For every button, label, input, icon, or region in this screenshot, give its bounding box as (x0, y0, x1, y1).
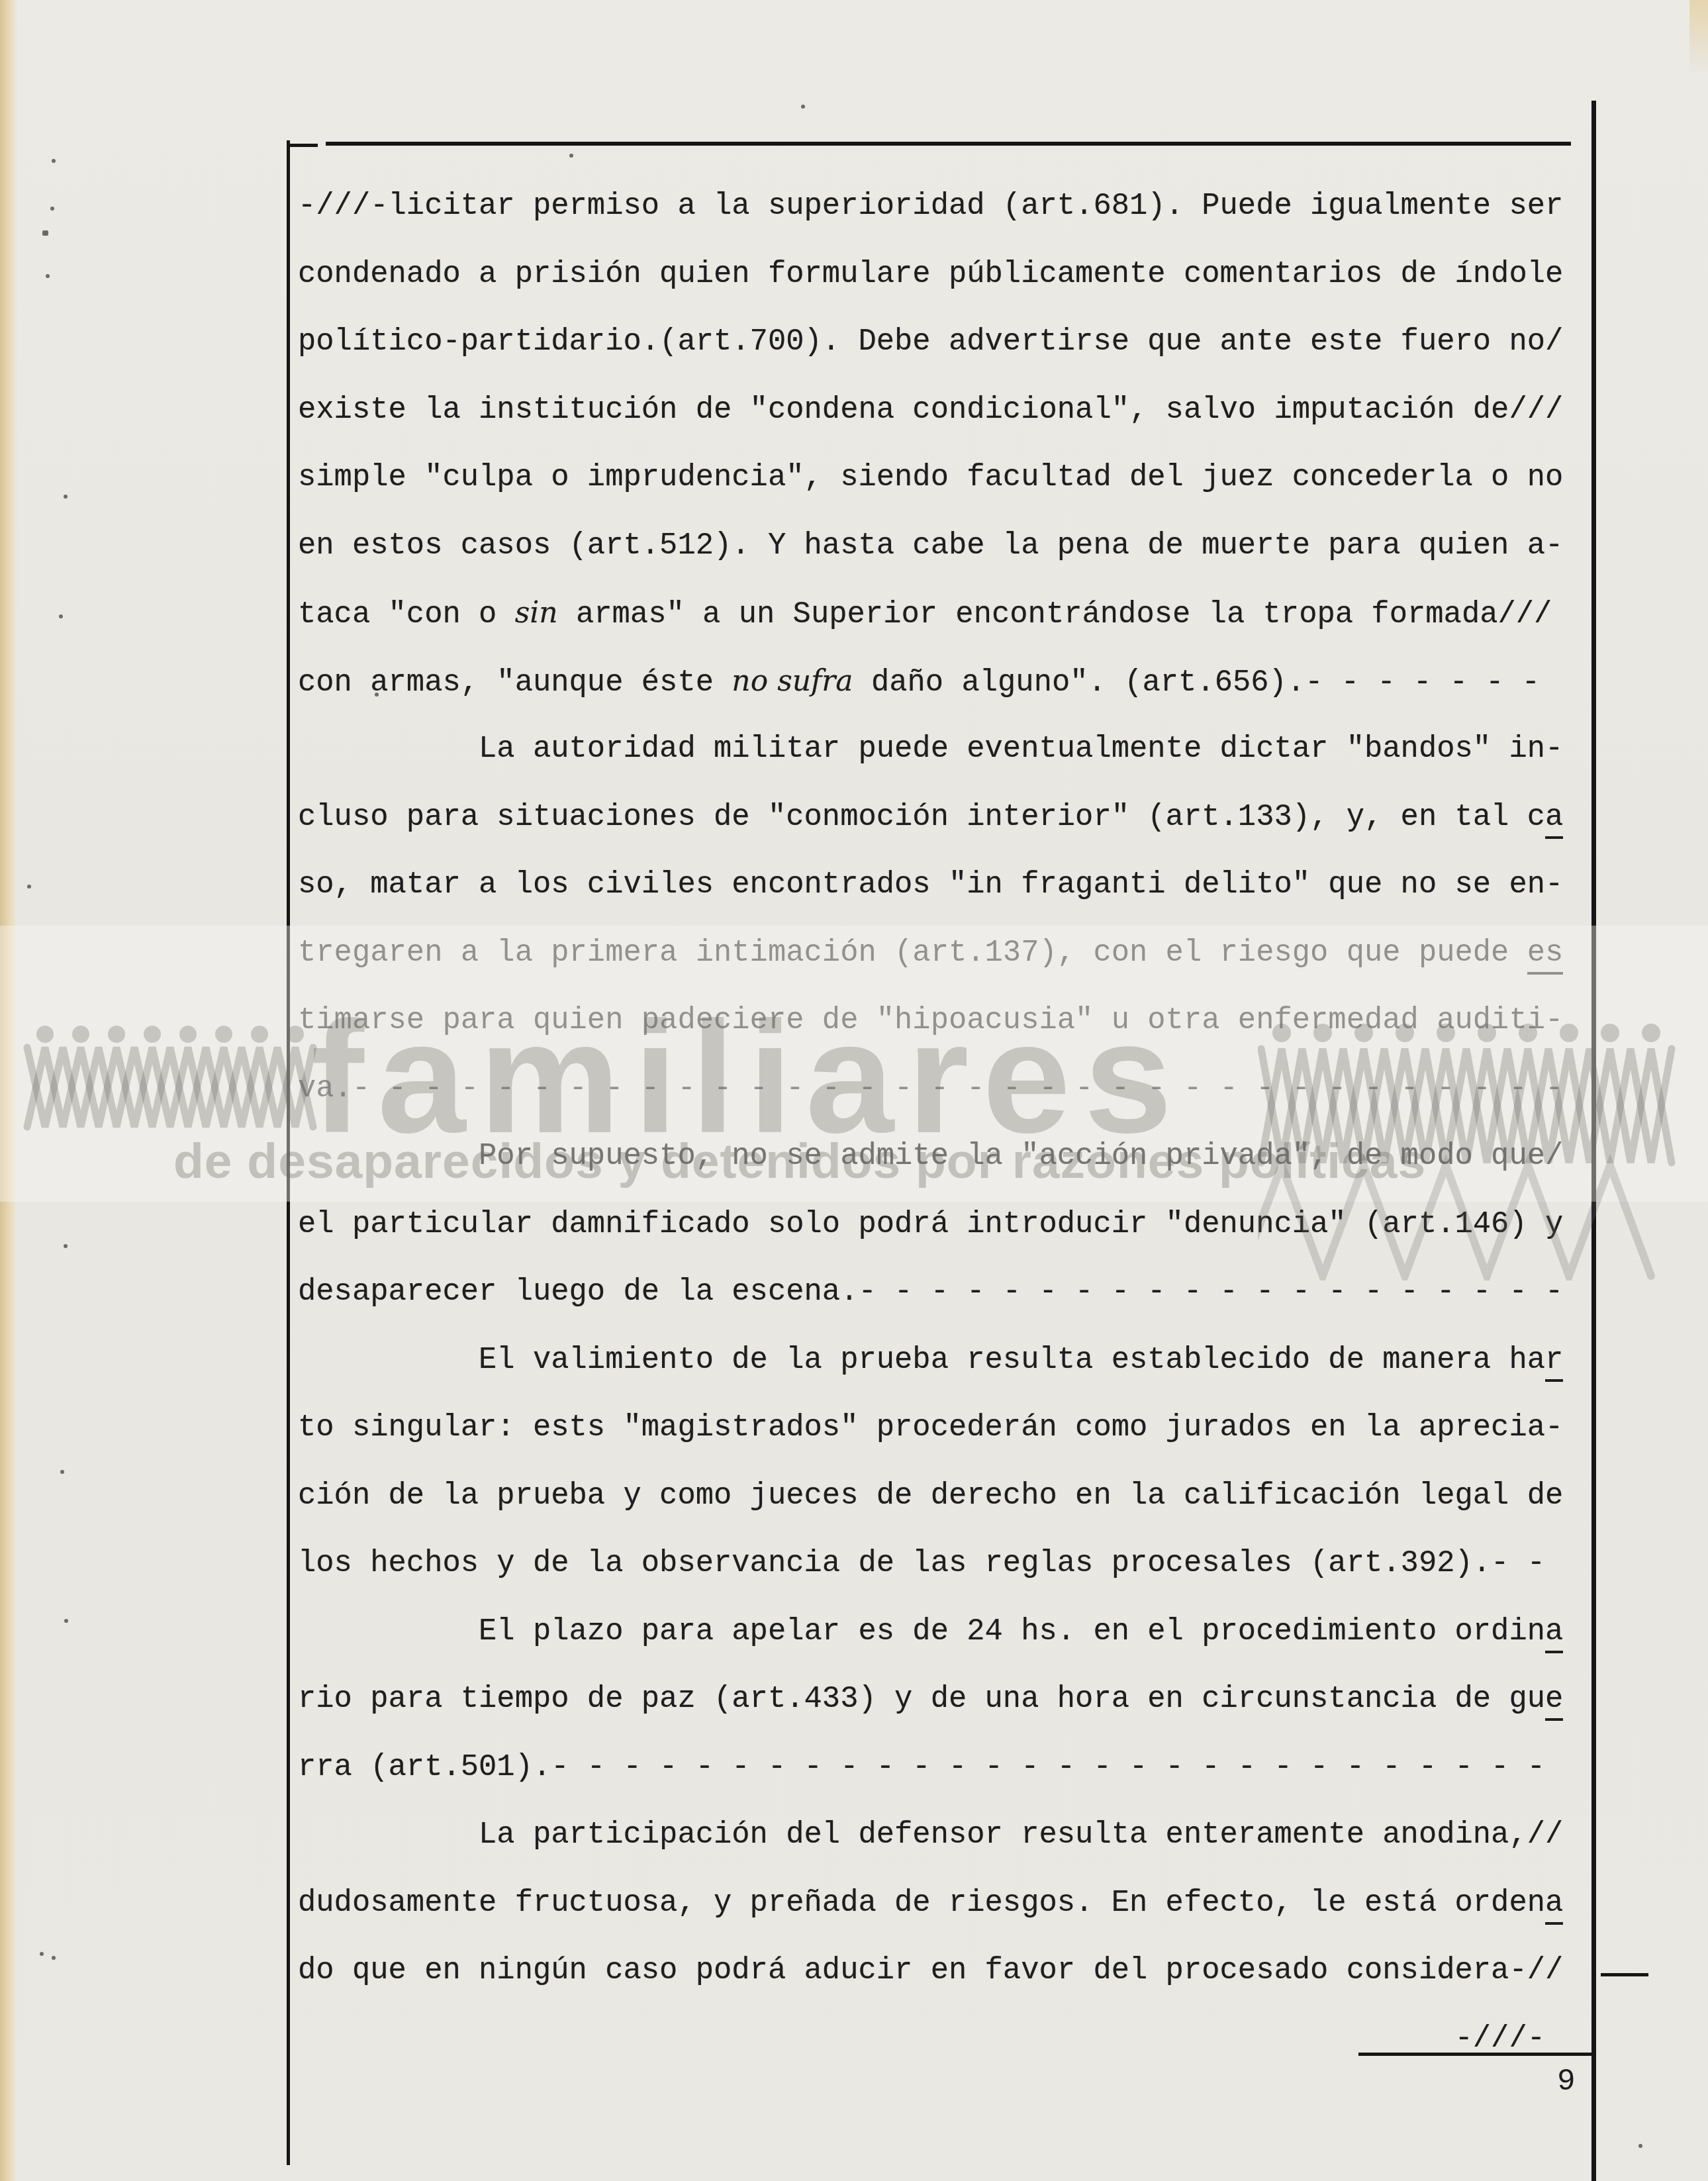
margin-tick (1601, 1973, 1648, 1976)
document-line: so, matar a los civiles encontrados "in … (298, 865, 1563, 906)
scan-speck (59, 614, 63, 618)
watermark-subtitle: de desaparecidos y detenidos por razones… (173, 1134, 1426, 1188)
document-line: cluso para situaciones de "conmoción int… (298, 798, 1563, 839)
scan-speck (52, 159, 56, 163)
scan-speck (46, 274, 50, 278)
document-line: simple "culpa o imprudencia", siendo fac… (298, 458, 1563, 499)
document-line: existe la institución de "condena condic… (298, 391, 1563, 432)
scan-speck (40, 1952, 44, 1956)
document-line: El valimiento de la prueba resulta estab… (298, 1341, 1563, 1382)
scan-speck (64, 1619, 68, 1623)
document-line: los hechos y de la observancia de las re… (298, 1544, 1545, 1585)
document-line: do que en ningún caso podrá aducir en fa… (298, 1951, 1563, 1992)
scan-speck (64, 1244, 68, 1248)
document-line: -///- (298, 2019, 1545, 2060)
scanned-document-page: -///-licitar permiso a la superioridad (… (0, 0, 1708, 2181)
scan-speck (52, 1956, 56, 1960)
document-line: condenado a prisión quien formulare públ… (298, 255, 1563, 296)
document-line: político-partidario.(art.700). Debe adve… (298, 322, 1563, 363)
scan-speck (50, 207, 54, 211)
document-line: to singular: ests "magistrados" proceder… (298, 1408, 1563, 1449)
document-line: en estos casos (art.512). Y hasta cabe l… (298, 526, 1563, 567)
document-line: ción de la prueba y como jueces de derec… (298, 1477, 1563, 1518)
page-number: 9 (1557, 2064, 1576, 2099)
scan-speck (42, 230, 48, 236)
scan-speck (27, 885, 31, 889)
document-line: La autoridad militar puede eventualmente… (298, 730, 1563, 771)
document-line: dudosamente fructuosa, y preñada de ries… (298, 1884, 1563, 1925)
paper-doll-chain-icon (20, 1020, 318, 1136)
scan-speck (375, 693, 379, 697)
document-line: taca "con o sin armas" a un Superior enc… (298, 594, 1552, 635)
scan-speck (1638, 2144, 1642, 2148)
document-line: rra (art.501).- - - - - - - - - - - - - … (298, 1748, 1545, 1789)
page-border-top-dash (289, 144, 318, 147)
document-line: La participación del defensor resulta en… (298, 1816, 1563, 1857)
document-line: -///-licitar permiso a la superioridad (… (298, 187, 1563, 228)
scan-edge-corner (1689, 0, 1708, 73)
scan-speck (801, 105, 805, 109)
document-line: con armas, "aunque éste no sufra daño al… (298, 662, 1540, 703)
scan-speck (64, 495, 68, 499)
scan-speck (569, 154, 573, 158)
scan-speck (60, 1470, 64, 1474)
document-line: El plazo para apelar es de 24 hs. en el … (298, 1612, 1563, 1653)
document-line: rio para tiempo de paz (art.433) y de un… (298, 1680, 1563, 1721)
page-border-top (326, 142, 1571, 146)
